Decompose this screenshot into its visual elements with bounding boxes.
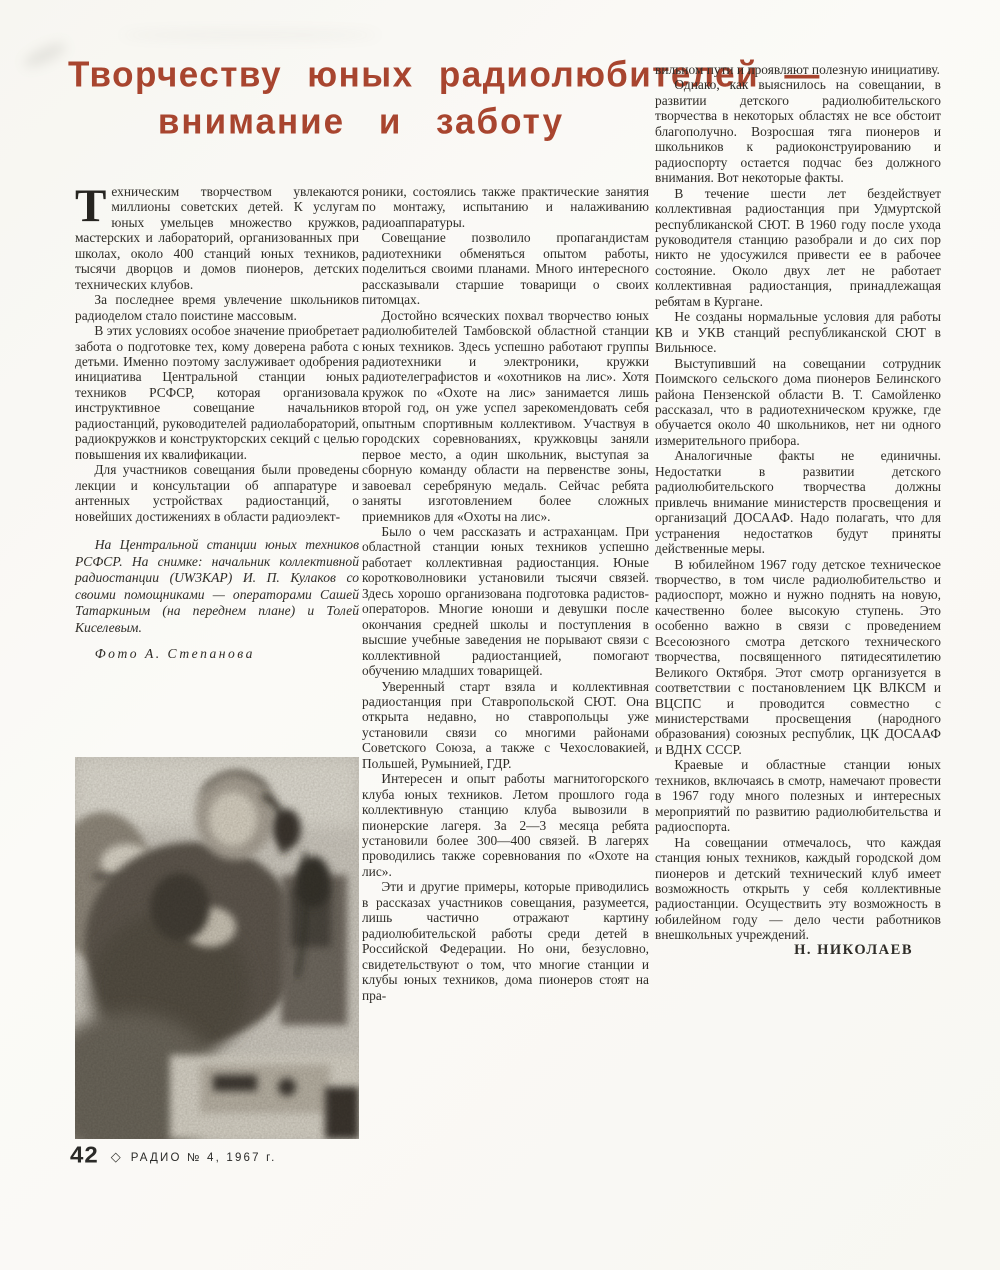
- author-signature: Н. НИКОЛАЕВ: [655, 943, 941, 958]
- column-right: вильном пути и проявляют полезную инициа…: [655, 62, 941, 958]
- journal-issue-label: РАДИО № 4, 1967 г.: [131, 1152, 277, 1164]
- radio-operators-photo-illustration: [75, 757, 359, 1139]
- column-middle: роники, состоялись также практические за…: [362, 184, 649, 1003]
- article-paragraph: Уверенный старт взяла и коллективная рад…: [362, 679, 649, 772]
- drop-cap: Т: [75, 184, 111, 226]
- page-footer: 42 ◇ РАДИО № 4, 1967 г.: [70, 1142, 277, 1170]
- article-paragraph: Не созданы нормальные условия для работы…: [655, 309, 941, 355]
- article-title: Творчеству юных радиолюбителей — внимани…: [68, 54, 654, 142]
- article-paragraph: На совещании отмечалось, что каждая стан…: [655, 835, 941, 943]
- article-paragraph: Аналогичные факты не единичны. Недостатк…: [655, 448, 941, 556]
- article-paragraph: роники, состоялись также практические за…: [362, 184, 649, 230]
- article-paragraph: Техническим творчеством увлекаются милли…: [75, 184, 359, 292]
- article-paragraph: Интересен и опыт работы магнитогорского …: [362, 771, 649, 879]
- article-paragraph: В этих условиях особое значение приобрет…: [75, 323, 359, 462]
- article-paragraph: вильном пути и проявляют полезную инициа…: [655, 62, 941, 77]
- article-paragraph: В течение шести лет бездействует коллект…: [655, 186, 941, 310]
- page-number: 42: [70, 1143, 99, 1170]
- article-photo: [75, 757, 359, 1139]
- magazine-page: Творчеству юных радиолюбителей — внимани…: [0, 0, 1000, 1270]
- article-paragraph: Выступивший на совещании сотрудник Поимс…: [655, 356, 941, 449]
- article-title-line2: внимание и заботу: [68, 101, 654, 143]
- article-paragraph: В юбилейном 1967 году детское техническо…: [655, 557, 941, 758]
- scan-smudge: [21, 39, 69, 71]
- article-paragraph: Было о чем рассказать и астраханцам. При…: [362, 524, 649, 679]
- article-paragraph: Однако, как выяснилось на совещании, в р…: [655, 77, 941, 185]
- scan-smudge: [120, 30, 380, 40]
- column-left: Техническим творчеством увлекаются милли…: [75, 184, 359, 661]
- paragraph-text: ехническим творчеством увлекаются миллио…: [75, 184, 359, 292]
- diamond-icon: ◇: [111, 1149, 121, 1165]
- article-paragraph: Совещание позволило пропагандистам радио…: [362, 230, 649, 307]
- article-paragraph: Достойно всяческих похвал творчество юны…: [362, 308, 649, 524]
- article-paragraph: За последнее время увлечение школьников …: [75, 292, 359, 323]
- article-paragraph: Краевые и областные станции юных технико…: [655, 757, 941, 834]
- photo-caption: На Центральной станции юных техников РСФ…: [75, 537, 359, 637]
- article-paragraph: Для участников совещания были проведены …: [75, 462, 359, 524]
- photo-credit: Фото А. Степанова: [75, 646, 359, 661]
- article-paragraph: Эти и другие примеры, которые приводилис…: [362, 879, 649, 1003]
- article-title-line1: Творчеству юных радиолюбителей —: [68, 54, 654, 96]
